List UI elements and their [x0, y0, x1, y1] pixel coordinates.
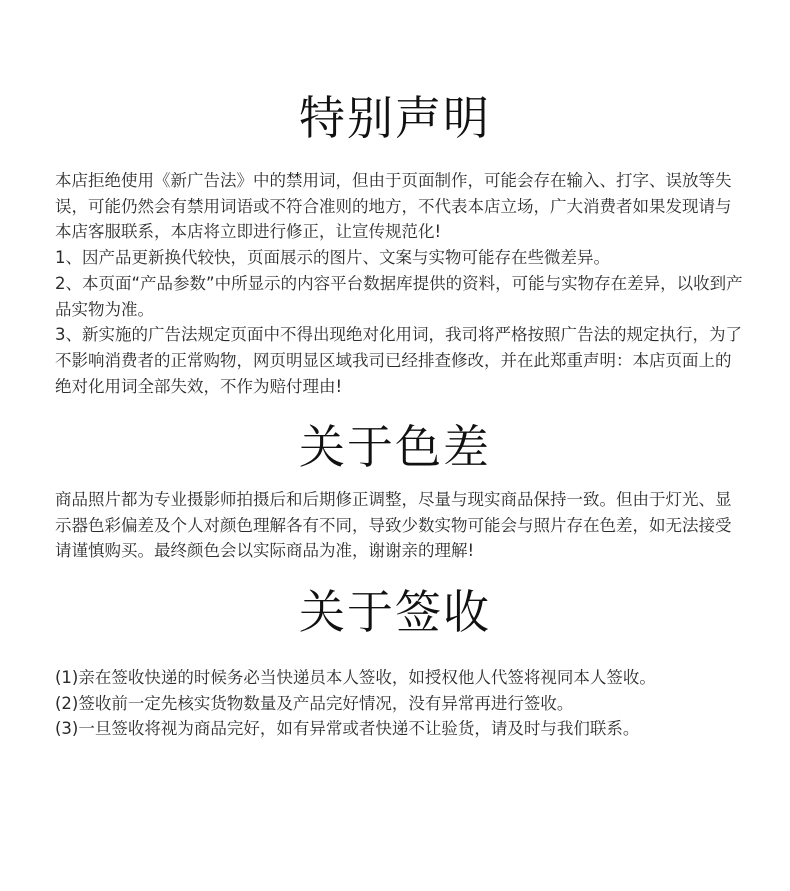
signing-item-2: (2)签收前一定先核实货物数量及产品完好情况，没有异常再进行签收。 — [55, 691, 745, 717]
color-difference-paragraph: 商品照片都为专业摄影师拍摄后和后期修正调整，尽量与现实商品保持一致。但由于灯光、… — [55, 487, 745, 564]
disclaimer-item-1: 1、因产品更新换代较快，页面展示的图片、文案与实物可能存在些微差异。 — [55, 245, 745, 271]
disclaimer-item-3: 3、新实施的广告法规定页面中不得出现绝对化用词，我司将严格按照广告法的规定执行，… — [55, 322, 745, 399]
disclaimer-body: 本店拒绝使用《新广告法》中的禁用词，但由于页面制作，可能会存在输入、打字、误放等… — [55, 168, 745, 399]
color-difference-body: 商品照片都为专业摄影师拍摄后和后期修正调整，尽量与现实商品保持一致。但由于灯光、… — [55, 487, 745, 564]
section-title-disclaimer: 特别声明 — [0, 90, 790, 146]
signing-item-1: (1)亲在签收快递的时候务必当快递员本人签收，如授权他人代签将视同本人签收。 — [55, 665, 745, 691]
section-title-delivery-signing: 关于签收 — [0, 584, 790, 640]
disclaimer-item-2: 2、本页面“产品参数”中所显示的内容平台数据库提供的资料，可能与实物存在差异，以… — [55, 271, 745, 322]
signing-item-3: (3)一旦签收将视为商品完好，如有异常或者快递不让验货，请及时与我们联系。 — [55, 716, 745, 742]
delivery-signing-body: (1)亲在签收快递的时候务必当快递员本人签收，如授权他人代签将视同本人签收。 (… — [55, 665, 745, 742]
disclaimer-intro: 本店拒绝使用《新广告法》中的禁用词，但由于页面制作，可能会存在输入、打字、误放等… — [55, 168, 745, 245]
section-title-color-difference: 关于色差 — [0, 419, 790, 475]
